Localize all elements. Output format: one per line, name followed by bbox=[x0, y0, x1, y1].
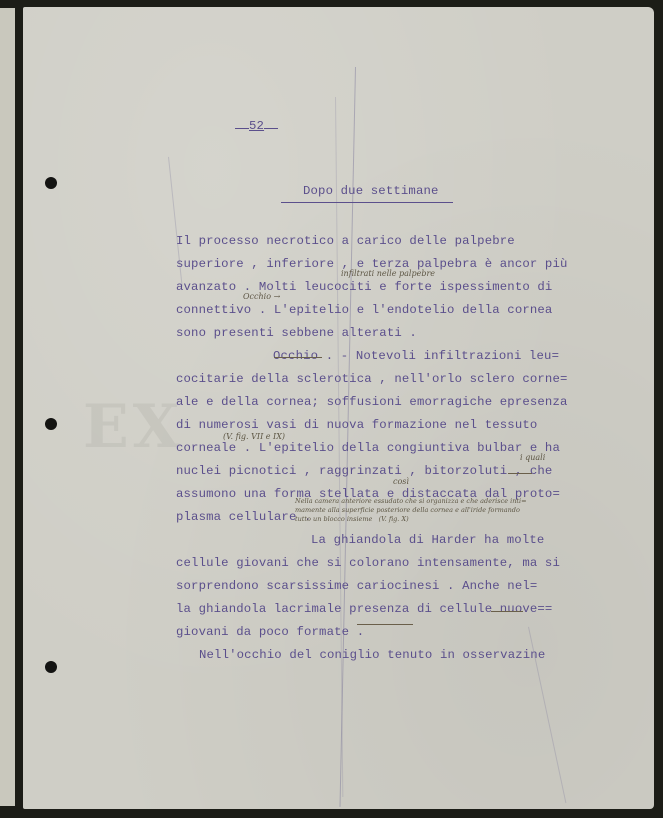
title-underline bbox=[281, 202, 453, 203]
strikethrough-mark bbox=[491, 611, 523, 612]
text-line: connettivo . L'epitelio e l'endotelio de… bbox=[176, 303, 552, 317]
text-line: Il processo necrotico a carico delle pal… bbox=[176, 234, 515, 248]
watermark: EX bbox=[83, 392, 183, 462]
text-line: nuclei picnotici , raggrinzati , bitorzo… bbox=[176, 464, 552, 478]
punch-hole bbox=[45, 661, 57, 673]
text-line: ale e della cornea; soffusioni emorragic… bbox=[176, 395, 568, 409]
text-line: di numerosi vasi di nuova formazione nel… bbox=[176, 418, 537, 432]
handwritten-annotation: i quali bbox=[520, 453, 545, 462]
punch-hole bbox=[45, 177, 57, 189]
handwritten-note: tutto un blocco insieme (V. fig. X) bbox=[295, 515, 409, 523]
handwritten-note: Nella camera anteriore essudato che si o… bbox=[295, 497, 527, 505]
handwritten-annotation: (V. fig. VII e IX) bbox=[223, 432, 285, 441]
text-line: La ghiandola di Harder ha molte bbox=[311, 533, 544, 547]
adjacent-page-edge bbox=[0, 8, 15, 806]
handwritten-annotation: Occhio → bbox=[243, 292, 280, 301]
strikethrough-mark bbox=[274, 357, 322, 358]
document-page: EX 52 Dopo due settimane Il processo nec… bbox=[23, 7, 654, 809]
page-number: 52 bbox=[235, 119, 278, 133]
punch-hole bbox=[45, 418, 57, 430]
text-line: cocitarie della sclerotica , nell'orlo s… bbox=[176, 372, 568, 386]
text-line: giovani da poco formate . bbox=[176, 625, 364, 639]
text-line: Occhio . - Notevoli infiltrazioni leu= bbox=[273, 349, 559, 363]
text-line: plasma cellulare . bbox=[176, 510, 312, 524]
text-line: sono presenti sebbene alterati . bbox=[176, 326, 417, 340]
text-line: avanzato . Molti leucociti e forte ispes… bbox=[176, 280, 552, 294]
text-line: Nell'occhio del coniglio tenuto in osser… bbox=[199, 648, 545, 662]
section-title: Dopo due settimane bbox=[303, 184, 439, 198]
handwritten-annotation: così bbox=[393, 477, 409, 486]
handwritten-annotation: infiltrati nelle palpebre bbox=[341, 269, 435, 278]
handwritten-dash bbox=[357, 624, 413, 625]
text-line: sorprendono scarsissime cariocinesi . An… bbox=[176, 579, 537, 593]
text-line: la ghiandola lacrimale presenza di cellu… bbox=[176, 602, 552, 616]
text-line: corneale . L'epitelio della congiuntiva … bbox=[176, 441, 560, 455]
handwritten-note: mamente alla superficie posteriore della… bbox=[295, 506, 520, 514]
strikethrough-mark bbox=[508, 473, 532, 474]
text-line: cellule giovani che si colorano intensam… bbox=[176, 556, 560, 570]
